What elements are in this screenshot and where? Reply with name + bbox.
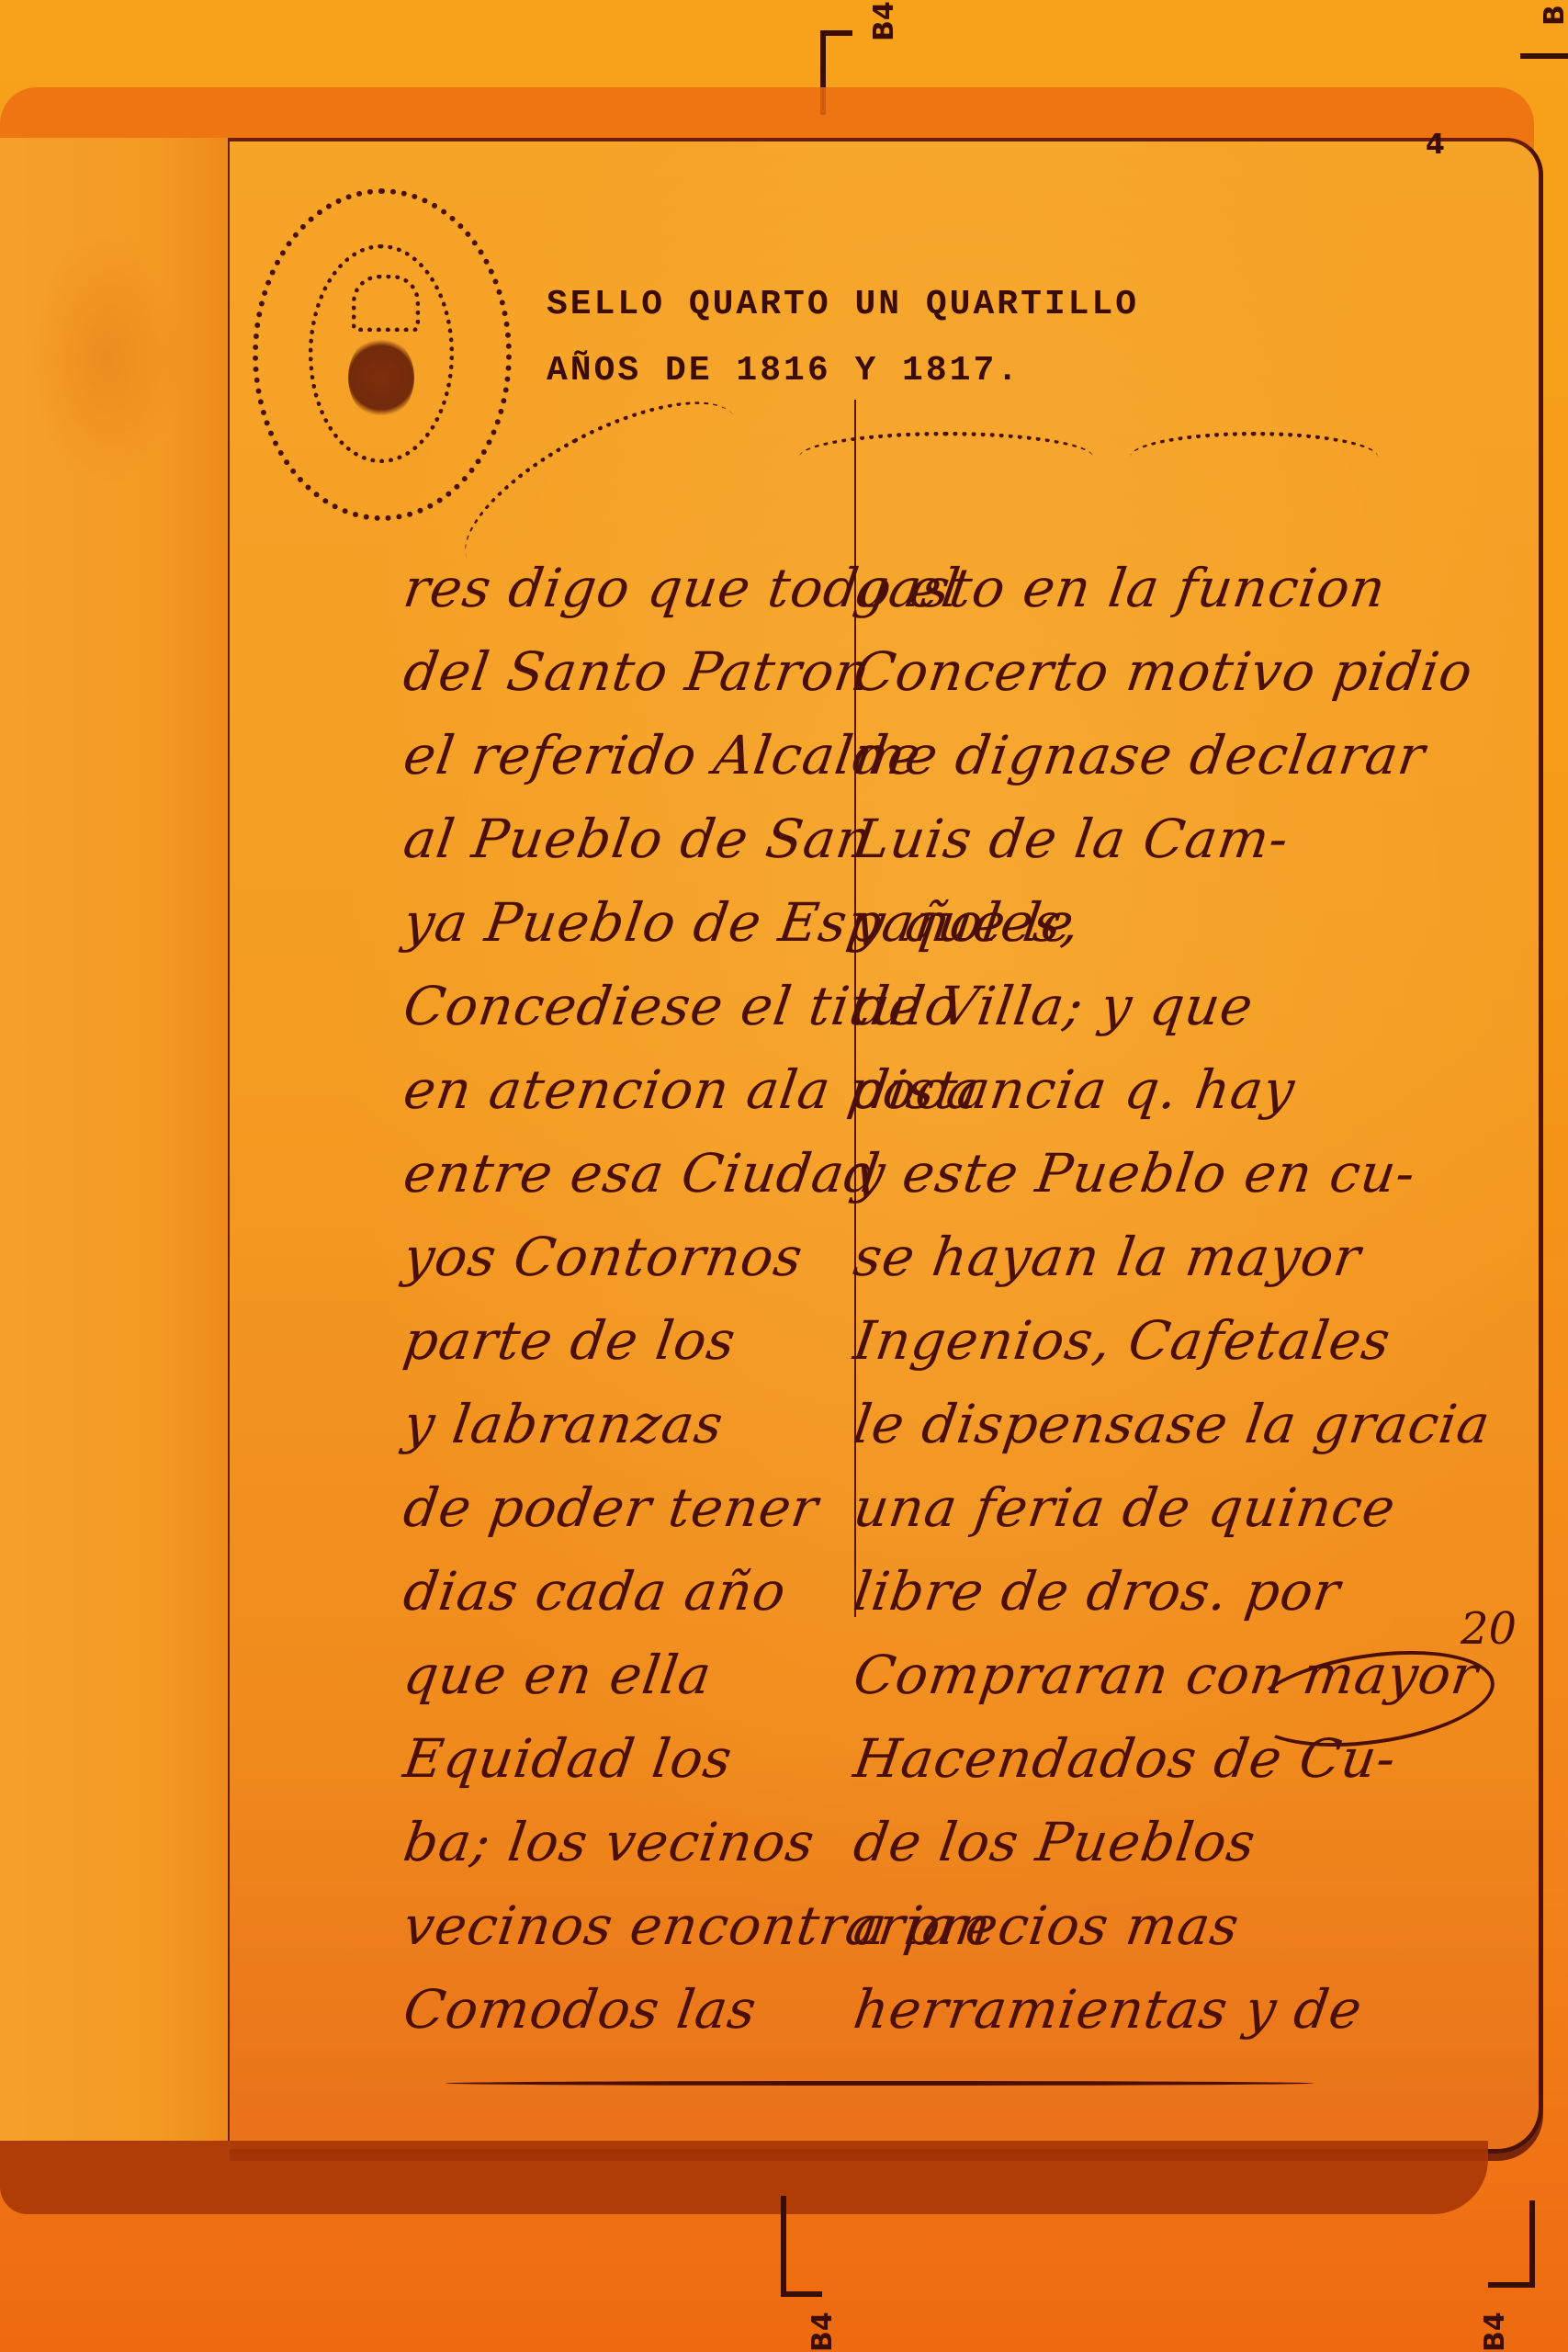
line-right-text: a precios mas: [849, 1884, 1245, 1967]
ornament-flourish-2: [1130, 432, 1378, 482]
manuscript-line: que en ellaCompraran con mayor: [399, 1634, 1348, 1716]
line-left-text: ba; los vecinos: [399, 1801, 861, 1883]
crop-mark-bottom-vertical: [781, 2196, 786, 2297]
watermark: [28, 230, 184, 487]
manuscript-line: parte de losIngenios, Cafetales: [399, 1299, 1348, 1382]
crop-mark-bottom-right-horizontal: [1488, 2282, 1534, 2288]
coat-of-arms-icon: [348, 336, 414, 419]
line-right-text: gasto en la funcion: [849, 547, 1392, 629]
line-left-text: Concediese el titulo: [399, 965, 861, 1047]
seal-inner-ring: [309, 244, 454, 463]
line-left-text: al Pueblo de San: [399, 797, 861, 880]
crop-mark-top-horizontal: [820, 30, 852, 36]
document-photo: B4 B 4 SELLO QUARTO UN QUARTILLO AÑOS DE…: [0, 0, 1568, 2352]
manuscript-line: Equidad losHacendados de Cu-: [399, 1717, 1348, 1800]
manuscript-line: dias cada añolibre de dros. por: [399, 1550, 1348, 1633]
margin-note: 20: [1461, 1603, 1517, 1655]
crop-mark-top-right: [1520, 53, 1568, 59]
manuscript-line: y labranzasle dispensase la gracia: [399, 1383, 1348, 1465]
crop-mark-bottom-right-vertical: [1529, 2200, 1535, 2288]
line-left-text: en atencion ala poca: [399, 1048, 861, 1131]
line-right-text: y que le: [849, 881, 1080, 964]
line-right-text: una feria de quince: [849, 1466, 1402, 1549]
line-left-text: ya Pueblo de Españoles,: [399, 881, 861, 964]
line-left-text: Equidad los: [399, 1717, 861, 1800]
royal-seal-icon: [253, 188, 512, 521]
line-right-text: le dispensase la gracia: [849, 1383, 1496, 1465]
line-right-text: me dignase declarar: [849, 714, 1431, 797]
manuscript-line: de poder teneruna feria de quince: [399, 1466, 1348, 1549]
manuscript-line: en atencion ala pocadistancia q. hay: [399, 1048, 1348, 1131]
crop-label-top: B4: [868, 1, 900, 41]
line-right-text: libre de dros. por: [849, 1550, 1346, 1633]
line-right-text: y este Pueblo en cu-: [849, 1132, 1421, 1215]
closing-rule: [446, 2081, 1314, 2086]
crop-label-bottom: B4: [807, 2312, 839, 2352]
line-right-text: Concerto motivo pidio: [849, 630, 1479, 713]
line-left-text: parte de los: [399, 1299, 861, 1382]
manuscript-line: Concediese el titulode Villa; y que: [399, 965, 1348, 1047]
line-right-text: se hayan la mayor: [849, 1216, 1367, 1298]
line-left-text: res digo que todo el: [399, 547, 861, 629]
line-left-text: el referido Alcalde: [399, 714, 861, 797]
crop-mark-bottom-horizontal: [781, 2291, 822, 2297]
stamp-heading: SELLO QUARTO UN QUARTILLO: [547, 285, 1139, 324]
line-left-text: de poder tener: [399, 1466, 861, 1549]
crop-label-bottom-right: B4: [1479, 2312, 1511, 2352]
line-left-text: que en ella: [399, 1634, 861, 1716]
line-left-text: dias cada año: [399, 1550, 861, 1633]
line-right-text: distancia q. hay: [849, 1048, 1301, 1131]
page-number: 4: [1426, 129, 1445, 161]
line-right-text: de Villa; y que: [849, 965, 1259, 1047]
line-left-text: del Santo Patron: [399, 630, 861, 713]
line-left-text: vecinos encontrarian: [399, 1884, 861, 1967]
line-left-text: y labranzas: [399, 1383, 861, 1465]
line-left-text: yos Contornos: [399, 1216, 861, 1298]
ornament-flourish-1: [799, 432, 1093, 482]
manuscript-line: ba; los vecinosde los Pueblos: [399, 1801, 1348, 1883]
manuscript-line: vecinos encontrariana precios mas: [399, 1884, 1348, 1967]
stamp-years: AÑOS DE 1816 Y 1817.: [547, 351, 1021, 390]
manuscript-line: al Pueblo de SanLuis de la Cam-: [399, 797, 1348, 880]
manuscript-line: del Santo PatronConcerto motivo pidio: [399, 630, 1348, 713]
line-left-text: Comodos las: [399, 1968, 861, 2051]
crown-icon: [352, 275, 420, 332]
line-right-text: de los Pueblos: [849, 1801, 1261, 1883]
manuscript-line: ya Pueblo de Españoles,y que le: [399, 881, 1348, 964]
left-folded-page: [0, 138, 231, 2141]
manuscript-line: Comodos lasherramientas y de: [399, 1968, 1348, 2051]
crop-label-top-right: B: [1539, 5, 1568, 26]
manuscript-line: entre esa Ciudady este Pueblo en cu-: [399, 1132, 1348, 1215]
line-right-text: Ingenios, Cafetales: [849, 1299, 1396, 1382]
manuscript-line: yos Contornosse hayan la mayor: [399, 1216, 1348, 1298]
paper-shadow-bottom: [0, 2141, 1488, 2214]
manuscript-line: el referido Alcaldeme dignase declarar: [399, 714, 1348, 797]
manuscript-line: res digo que todo elgasto en la funcion: [399, 547, 1348, 629]
line-right-text: herramientas y de: [849, 1968, 1368, 2051]
line-right-text: Luis de la Cam-: [849, 797, 1294, 880]
line-left-text: entre esa Ciudad: [399, 1132, 861, 1215]
